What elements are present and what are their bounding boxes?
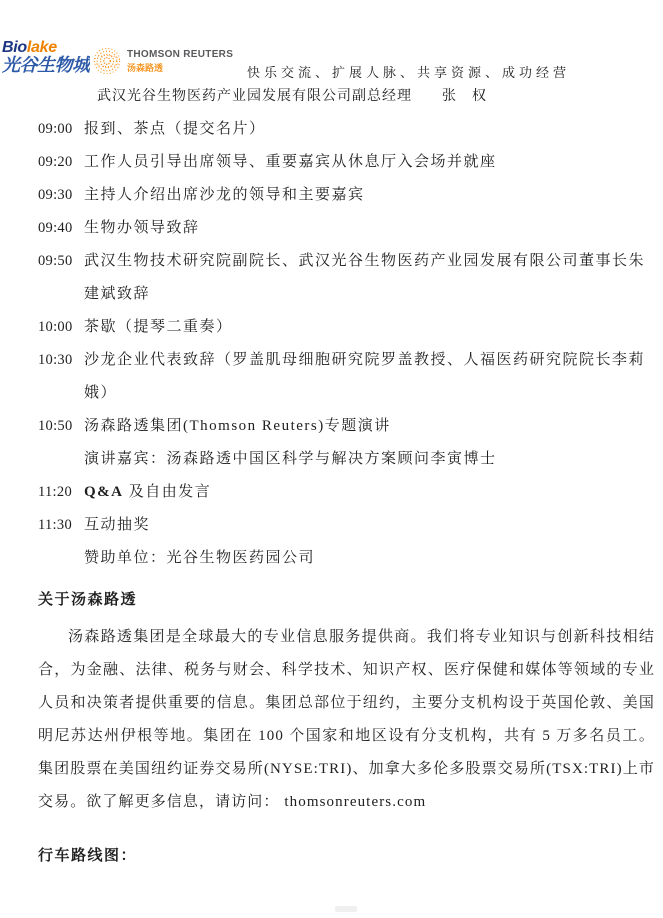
agenda-time: 09:00 — [38, 113, 84, 146]
agenda-text: 武汉生物技术研究院副院长、武汉光谷生物医药产业园发展有限公司董事长朱建斌致辞 — [84, 245, 650, 311]
agenda-time: 09:50 — [38, 245, 84, 278]
agenda-row: 10:00 茶歇（提琴二重奏） — [38, 311, 655, 344]
thomson-reuters-text-block: THOMSON REUTERS 汤森路透 — [127, 49, 233, 74]
biolake-logo: Biolake 光谷生物城 — [2, 40, 94, 75]
biolake-wordmark-lake: lake — [27, 39, 57, 56]
agenda-time: 09:30 — [38, 179, 84, 212]
agenda-row: 09:50 武汉生物技术研究院副院长、武汉光谷生物医药产业园发展有限公司董事长朱… — [38, 245, 655, 311]
agenda-time: 09:20 — [38, 146, 84, 179]
agenda-row: 10:30 沙龙企业代表致辞（罗盖肌母细胞研究院罗盖教授、人福医药研究院院长李莉… — [38, 344, 655, 410]
agenda-list: 09:00 报到、茶点（提交名片） 09:20 工作人员引导出席领导、重要嘉宾从… — [38, 113, 655, 575]
host-title-line: 武汉光谷生物医药产业园发展有限公司副总经理 张 权 — [97, 85, 487, 105]
biolake-chinese-name: 光谷生物城 — [2, 55, 90, 75]
agenda-row: 09:30 主持人介绍出席沙龙的领导和主要嘉宾 — [38, 179, 655, 212]
route-map-image-fragment — [335, 906, 357, 912]
agenda-text: 主持人介绍出席沙龙的领导和主要嘉宾 — [84, 179, 650, 212]
thomson-reuters-chinese-name: 汤森路透 — [127, 63, 233, 74]
biolake-wordmark-bio: Bio — [2, 39, 27, 56]
event-slogan: 快乐交流、扩展人脉、共享资源、成功经营 — [247, 62, 570, 81]
agenda-time: 10:30 — [38, 344, 84, 377]
agenda-text: 沙龙企业代表致辞（罗盖肌母细胞研究院罗盖教授、人福医药研究院院长李莉娥） — [84, 344, 650, 410]
agenda-text: 汤森路透集团(Thomson Reuters)专题演讲 — [84, 410, 650, 443]
biolake-wordmark: Biolake — [2, 40, 94, 55]
agenda-row-sponsor: 赞助单位：光谷生物医药园公司 — [38, 542, 655, 575]
agenda-time: 10:50 — [38, 410, 84, 443]
agenda-time: 10:00 — [38, 311, 84, 344]
about-section-paragraph: 汤森路透集团是全球最大的专业信息服务提供商。我们将专业知识与创新科技相结合，为金… — [38, 621, 655, 819]
agenda-text: 互动抽奖 — [84, 509, 650, 542]
thomson-reuters-wordmark: THOMSON REUTERS — [127, 49, 233, 61]
agenda-row: 09:00 报到、茶点（提交名片） — [38, 113, 655, 146]
agenda-text: 赞助单位：光谷生物医药园公司 — [84, 542, 650, 575]
agenda-text-qa: Q&A — [84, 484, 124, 500]
agenda-row: 09:20 工作人员引导出席领导、重要嘉宾从休息厅入会场并就座 — [38, 146, 655, 179]
agenda-row: 11:20 Q&A 及自由发言 — [38, 476, 655, 509]
about-thomson-reuters-section: 关于汤森路透 汤森路透集团是全球最大的专业信息服务提供商。我们将专业知识与创新科… — [38, 590, 655, 819]
route-map-heading: 行车路线图： — [38, 846, 137, 866]
agenda-time: 11:20 — [38, 476, 84, 509]
agenda-row: 11:30 互动抽奖 — [38, 509, 655, 542]
agenda-row: 09:40 生物办领导致辞 — [38, 212, 655, 245]
agenda-text-cn: 及自由发言 — [124, 484, 212, 500]
about-section-heading: 关于汤森路透 — [38, 590, 655, 610]
agenda-text: 生物办领导致辞 — [84, 212, 650, 245]
agenda-text: 工作人员引导出席领导、重要嘉宾从休息厅入会场并就座 — [84, 146, 650, 179]
agenda-text: Q&A 及自由发言 — [84, 476, 650, 509]
agenda-time: 09:40 — [38, 212, 84, 245]
agenda-row: 10:50 汤森路透集团(Thomson Reuters)专题演讲 — [38, 410, 655, 443]
agenda-text: 演讲嘉宾：汤森路透中国区科学与解决方案顾问李寅博士 — [84, 443, 650, 476]
thomson-reuters-logo: THOMSON REUTERS 汤森路透 — [92, 46, 233, 76]
agenda-text: 报到、茶点（提交名片） — [84, 113, 650, 146]
agenda-time: 11:30 — [38, 509, 84, 542]
thomson-reuters-sphere-icon — [92, 46, 122, 76]
agenda-row-speaker: 演讲嘉宾：汤森路透中国区科学与解决方案顾问李寅博士 — [38, 443, 655, 476]
agenda-text: 茶歇（提琴二重奏） — [84, 311, 650, 344]
